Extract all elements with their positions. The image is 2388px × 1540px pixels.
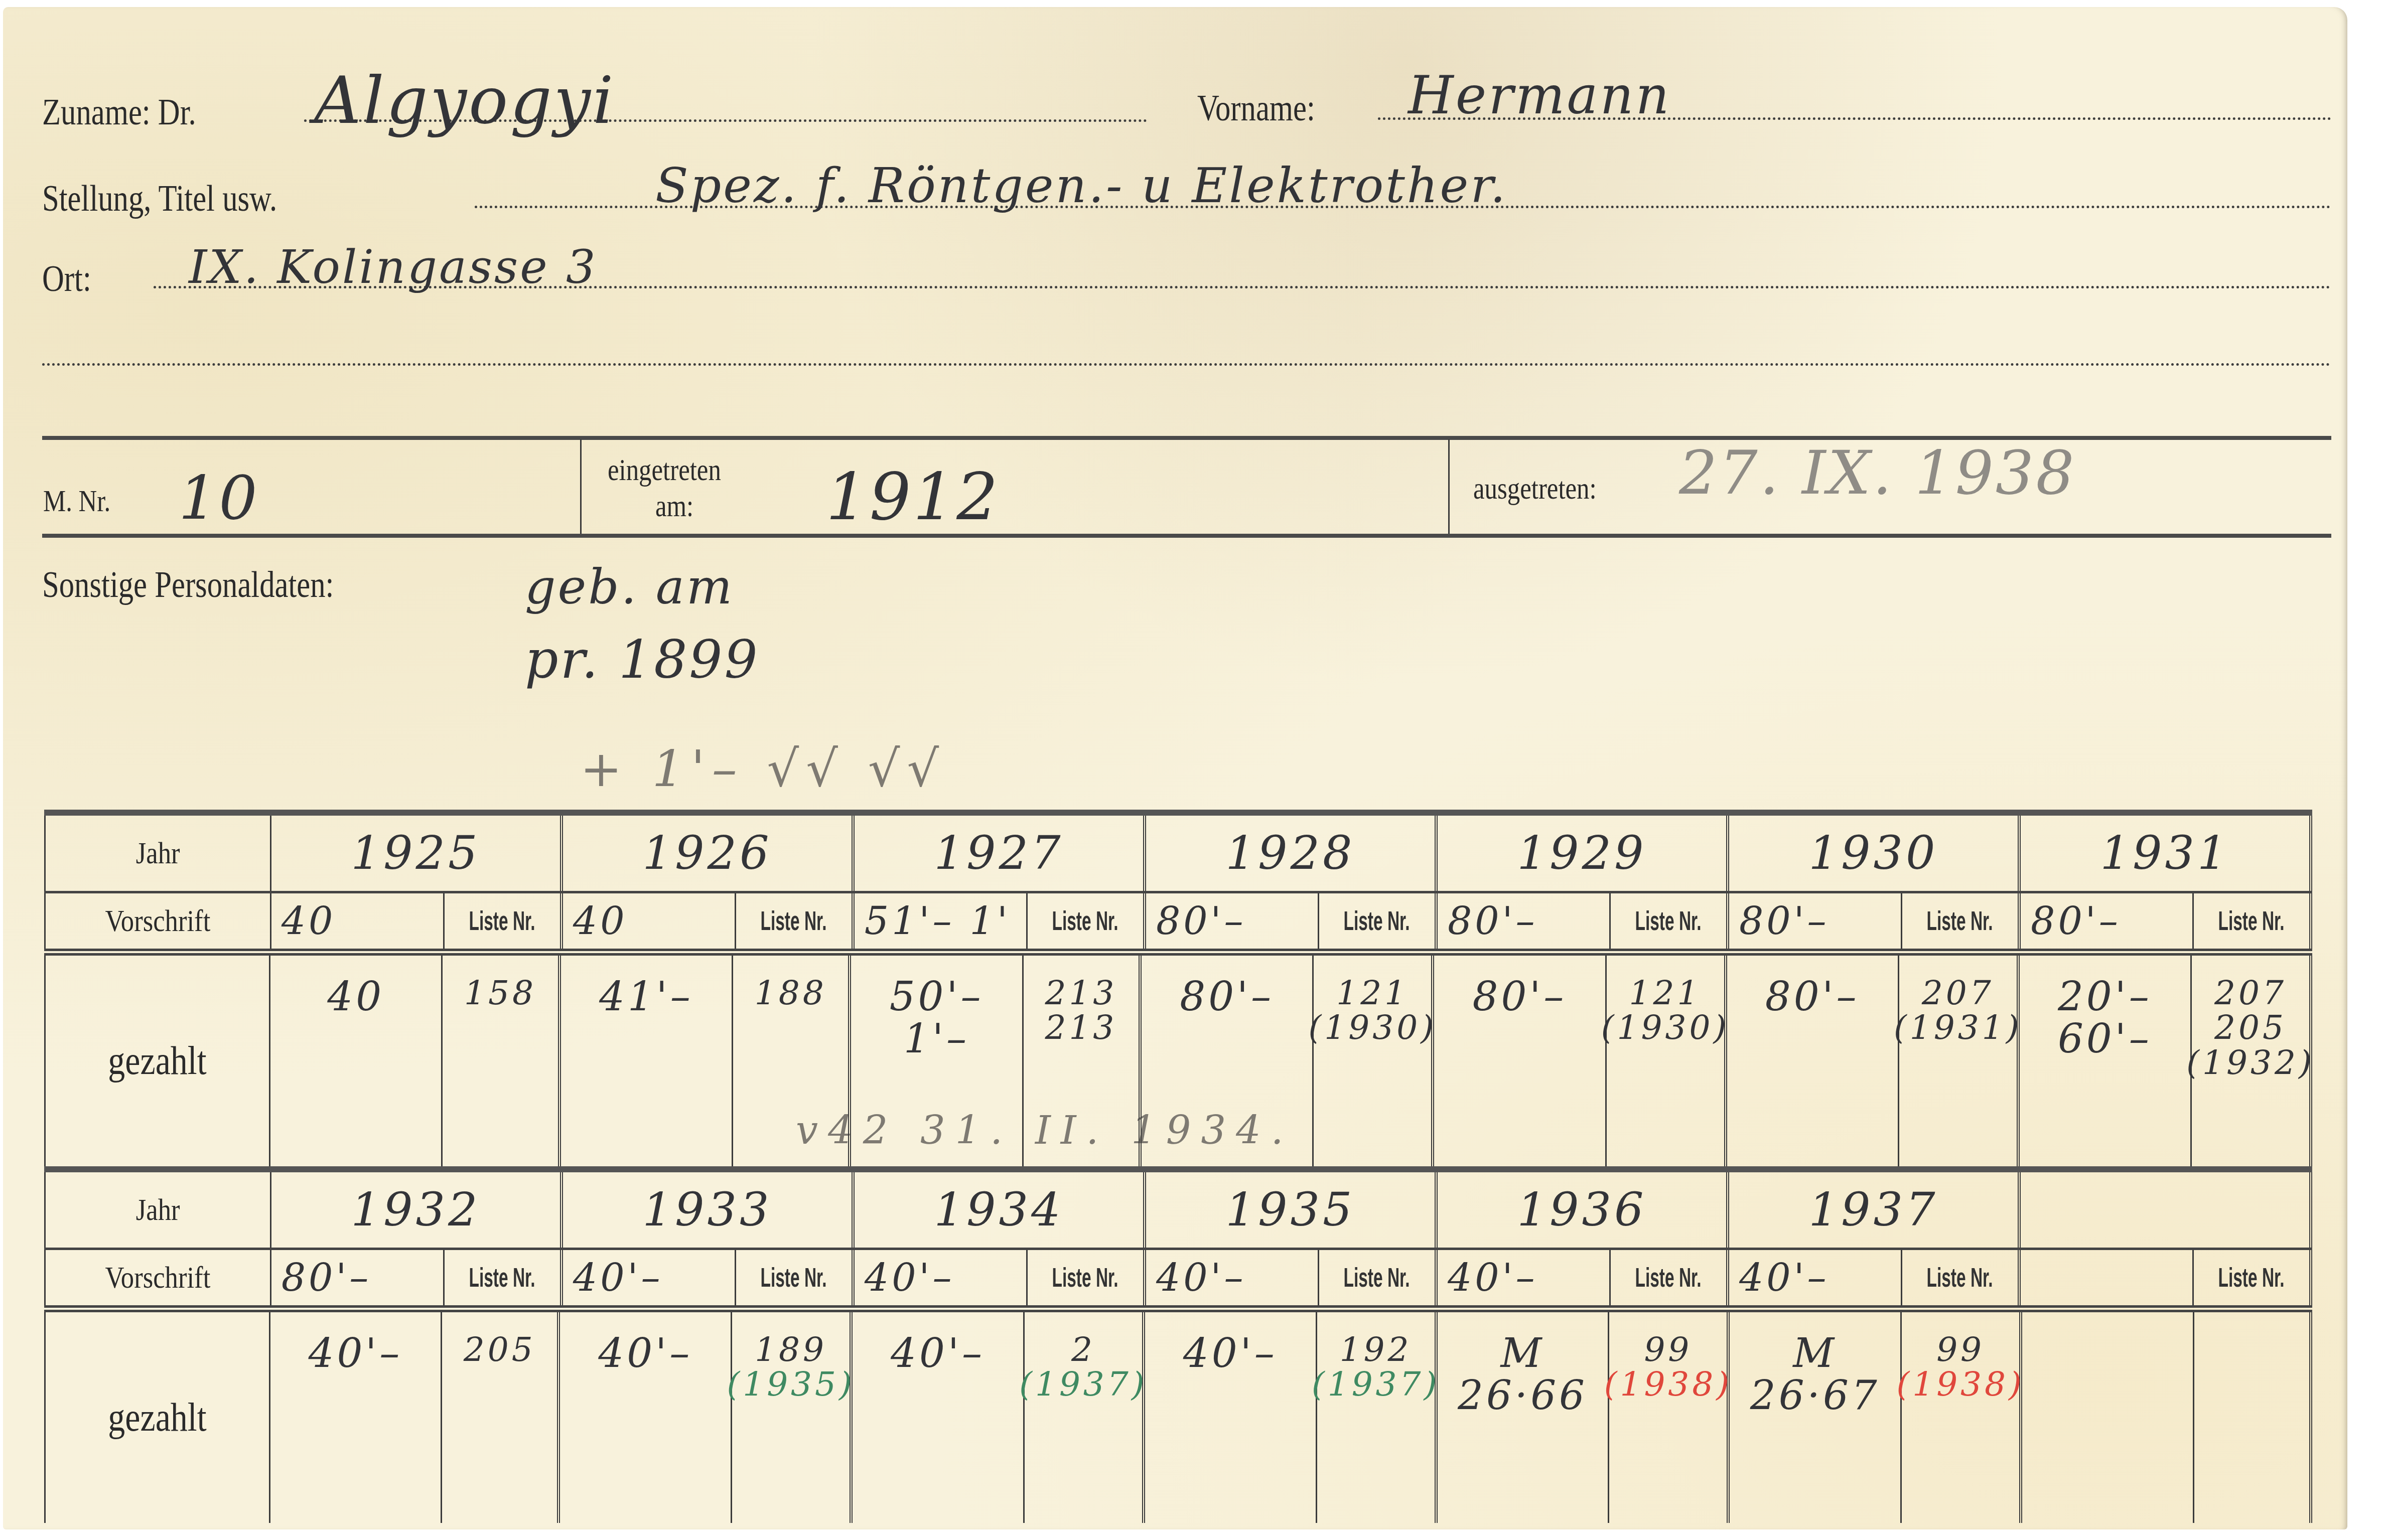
block1-year-cell[interactable]: 1929 [1438,816,1729,891]
ort-label: Ort: [42,258,91,300]
year-value: 1925 [351,829,480,878]
membership-divider-1 [580,439,582,534]
vorschrift-value: 80'– [1739,901,1830,941]
liste-nr-label: Liste Nr. [2218,1262,2285,1293]
vorschrift-value: 51'– 1' [865,901,1011,941]
liste-nr-label: Liste Nr. [1052,905,1118,937]
year-value: 1927 [934,829,1063,878]
eingetreten-value[interactable]: 1912 [826,458,1000,535]
block1-vorschrift-label-cell: Vorschrift [44,893,271,949]
liste-value: 192(1937) [1312,1332,1440,1402]
block1-year-cell[interactable]: 1930 [1729,816,2021,891]
paid-entry: 80'– [1765,976,1860,1018]
liste-nr-label: Liste Nr. [1927,905,1993,937]
liste-entry: 121 [1601,976,1729,1010]
liste-entry: 207 [2186,976,2314,1010]
liste-nr-label: Liste Nr. [1344,905,1410,937]
liste-entry: 205 [464,1332,536,1367]
liste-header-cell: Liste Nr. [1611,1250,1729,1305]
paid-entry: 80'– [1180,976,1274,1018]
vorschrift-amount-cell[interactable]: 40 [563,893,736,949]
paid-amount-cell[interactable]: 41'– [561,956,733,1166]
liste-value: 121(1930) [1309,976,1437,1045]
annotation-above-table: + 1'– √√ √√ [580,739,946,798]
block1-vorschrift-row: Vorschrift40Liste Nr.40Liste Nr.51'– 1'L… [44,893,2312,949]
paid-value: M 26·67 [1730,1332,1900,1417]
paid-amount-cell[interactable]: 40'– [270,1312,443,1523]
liste-header-cell: Liste Nr. [1902,1250,2021,1305]
payment-table: Jahr1925192619271928192919301931Vorschri… [44,810,2312,1523]
paid-value: 40 [327,976,384,1018]
paid-entry: 1'– [890,1018,984,1060]
paid-entry: M 26·66 [1438,1332,1608,1417]
liste-header-cell: Liste Nr. [736,893,855,949]
block2-year-cell[interactable] [2021,1172,2312,1248]
liste-value-cell[interactable]: 121(1930) [1314,956,1434,1166]
liste-value-cell[interactable]: 158 [443,956,560,1166]
liste-nr-label: Liste Nr. [1635,1262,1702,1293]
membership-divider-2 [1448,439,1450,534]
liste-entry: (1938) [1896,1367,2024,1402]
liste-value-cell[interactable]: 205 [442,1312,560,1523]
paid-amount-cell[interactable]: 50'–1'– [851,956,1023,1166]
vorschrift-value: 80'– [2031,901,2121,941]
liste-entry: 189 [727,1332,855,1367]
vorschrift-amount-cell[interactable]: 40'– [1438,1250,1611,1305]
liste-value: 99(1938) [1604,1332,1732,1402]
liste-entry: 192 [1312,1332,1440,1367]
liste-entry: 99 [1604,1332,1732,1367]
block2-vorschrift-label-cell: Vorschrift [44,1250,271,1305]
block1-jahr-row: Jahr1925192619271928192919301931 [44,816,2312,891]
liste-entry: 213 [1045,976,1117,1010]
gezahlt-label: gezahlt [108,1395,206,1441]
vorschrift-value: 40'– [1739,1258,1830,1298]
paid-amount-cell[interactable]: 40'– [560,1312,732,1523]
liste-nr-label: Liste Nr. [1927,1262,1993,1293]
payment-block-1932-1937: Jahr193219331934193519361937Vorschrift80… [44,1172,2312,1523]
paid-entry: 41'– [599,976,693,1018]
year-value: 1937 [1808,1186,1938,1235]
block2-jahr-label-cell: Jahr [44,1172,271,1248]
liste-nr-label: Liste Nr. [1052,1262,1118,1293]
block1-double-rule [44,949,2312,956]
year-value: 1926 [642,829,772,878]
year-value: 1936 [1517,1186,1646,1235]
liste-value: 158 [464,976,536,1010]
stellung-value[interactable]: Spez. f. Röntgen.- u Elektrother. [655,158,1507,214]
paid-amount-cell[interactable]: 80'– [1142,956,1314,1166]
liste-header-cell: Liste Nr. [1028,1250,1146,1305]
paid-entry: 20'– [2058,976,2152,1018]
jahr-label: Jahr [136,1192,180,1228]
paid-value: 80'– [1765,976,1860,1018]
vorschrift-amount-cell[interactable]: 80'– [1729,893,1902,949]
paid-value: 20'–60'– [2058,976,2152,1060]
liste-nr-label: Liste Nr. [1635,905,1702,937]
vorschrift-amount-cell[interactable]: 51'– 1' [855,893,1028,949]
paid-value: 41'– [599,976,693,1018]
personal-data-line-1[interactable]: geb. am [525,559,734,615]
stellung-label: Stellung, Titel usw. [42,178,277,220]
jahr-label: Jahr [136,836,180,871]
block2-jahr-row: Jahr193219331934193519361937 [44,1172,2312,1248]
liste-nr-label: Liste Nr. [2218,905,2285,937]
paid-amount-cell[interactable]: 40'– [853,1312,1025,1523]
paid-value: 50'–1'– [890,976,984,1060]
personal-data-line-2[interactable]: pr. 1899 [525,629,760,690]
vorschrift-amount-cell[interactable]: 40'– [563,1250,736,1305]
block2-vorschrift-row: Vorschrift80'–Liste Nr.40'–Liste Nr.40'–… [44,1250,2312,1305]
table-top-rule [44,810,2312,816]
block2-year-cell[interactable]: 1932 [271,1172,563,1248]
liste-entry: 188 [755,976,827,1010]
vorschrift-value: 40 [282,901,336,941]
liste-entry: (1938) [1604,1367,1732,1402]
block1-year-cell[interactable]: 1926 [563,816,855,891]
zuname-label: Zuname: Dr. [42,91,196,134]
liste-entry: (1937) [1019,1367,1147,1402]
paid-amount-cell[interactable]: 20'–60'– [2020,956,2192,1166]
paid-entry: 80'– [1473,976,1567,1018]
liste-header-cell: Liste Nr. [1319,893,1438,949]
payment-block-1925-1931: Jahr1925192619271928192919301931Vorschri… [44,816,2312,1166]
liste-nr-label: Liste Nr. [1344,1262,1410,1293]
liste-value: 188 [755,976,827,1010]
year-value: 1929 [1517,829,1646,878]
eingetreten-am-label: am: [655,489,693,524]
block2-year-cell[interactable]: 1933 [563,1172,855,1248]
liste-header-cell: Liste Nr. [445,1250,563,1305]
liste-entry: 213 [1045,1010,1117,1045]
block1-gezahlt-label-cell: gezahlt [44,956,270,1166]
paid-value: 40'– [891,1332,985,1374]
liste-entry: (1937) [1312,1367,1440,1402]
vorschrift-value: 80'– [282,1258,372,1298]
liste-value-cell[interactable]: 121(1930) [1607,956,1727,1166]
vorschrift-amount-cell[interactable]: 80'– [1146,893,1319,949]
liste-entry: (1930) [1601,1010,1729,1045]
liste-entry: 207 [1894,976,2022,1010]
liste-value-cell[interactable] [2194,1312,2312,1523]
liste-entry: 2 [1019,1332,1147,1367]
zuname-value[interactable]: Algyogyi [314,62,616,138]
paid-value: 80'– [1180,976,1274,1018]
table-middle-rule [44,1166,2312,1172]
vorschrift-value: 40'– [1448,1258,1538,1298]
paid-amount-cell[interactable]: M 26·66 [1438,1312,1610,1523]
liste-header-cell: Liste Nr. [1319,1250,1438,1305]
liste-header-cell: Liste Nr. [1028,893,1146,949]
block2-year-cell[interactable]: 1936 [1438,1172,1729,1248]
liste-value: 207205(1932) [2186,976,2314,1080]
vorschrift-value: 40'– [865,1258,955,1298]
block1-gezahlt-row: gezahlt4015841'–18850'–1'–21321380'–121(… [44,956,2312,1166]
paid-entry: 40'– [1183,1332,1278,1374]
vorschrift-label: Vorschrift [105,1260,210,1296]
vorschrift-amount-cell[interactable] [2021,1250,2194,1305]
paid-amount-cell[interactable]: 80'– [1727,956,1899,1166]
paid-amount-cell[interactable]: 40'– [1145,1312,1317,1523]
paid-value: 40'– [1183,1332,1278,1374]
vorschrift-value: 40'– [1156,1258,1246,1298]
block1-jahr-label-cell: Jahr [44,816,271,891]
mnr-label: M. Nr. [43,484,110,519]
liste-nr-label: Liste Nr. [469,905,535,937]
liste-value-cell[interactable]: 189(1935) [732,1312,853,1523]
vorschrift-amount-cell[interactable]: 80'– [1438,893,1611,949]
ausgetreten-value[interactable]: 27. IX. 1938 [1679,438,2076,508]
liste-nr-label: Liste Nr. [761,905,827,937]
paid-entry: 40'– [598,1332,692,1374]
liste-value: 205 [464,1332,536,1367]
vorname-label: Vorname: [1197,87,1315,130]
liste-value-cell[interactable]: 99(1938) [1902,1312,2022,1523]
year-value: 1930 [1808,829,1938,878]
paid-entry: 60'– [2058,1018,2152,1060]
block2-double-rule [44,1305,2312,1312]
ausgetreten-label: ausgetreten: [1473,471,1597,507]
block1-year-cell[interactable]: 1925 [271,816,563,891]
paid-entry: 40'– [891,1332,985,1374]
liste-value-cell[interactable]: 188 [733,956,851,1166]
liste-value-cell[interactable]: 192(1937) [1317,1312,1438,1523]
block2-year-cell[interactable]: 1937 [1729,1172,2021,1248]
year-value: 1935 [1225,1186,1355,1235]
vorschrift-amount-cell[interactable]: 80'– [271,1250,445,1305]
liste-header-cell: Liste Nr. [1902,893,2021,949]
vorschrift-amount-cell[interactable]: 40'– [1146,1250,1319,1305]
block2-year-cell[interactable]: 1934 [855,1172,1146,1248]
vorschrift-label: Vorschrift [105,903,210,939]
liste-nr-label: Liste Nr. [469,1262,535,1293]
vorschrift-value: 40'– [573,1258,663,1298]
paid-amount-cell[interactable]: 80'– [1434,956,1606,1166]
block2-year-cell[interactable]: 1935 [1146,1172,1438,1248]
block1-year-cell[interactable]: 1931 [2021,816,2312,891]
liste-header-cell: Liste Nr. [2194,1250,2312,1305]
liste-header-cell: Liste Nr. [736,1250,855,1305]
paid-value: M 26·66 [1438,1332,1608,1417]
vorschrift-value: 80'– [1448,901,1538,941]
vorschrift-value: 40 [573,901,628,941]
personal-data-label: Sonstige Personaldaten: [42,564,334,606]
liste-entry: 158 [464,976,536,1010]
liste-entry: (1932) [2186,1045,2314,1080]
block1-year-cell[interactable]: 1927 [855,816,1146,891]
vorschrift-amount-cell[interactable]: 40 [271,893,445,949]
paid-amount-cell[interactable]: 40 [270,956,443,1166]
paid-value: 40'– [598,1332,692,1374]
liste-header-cell: Liste Nr. [2194,893,2312,949]
liste-entry: (1930) [1309,1010,1437,1045]
paid-value: 40'– [308,1332,402,1374]
eingetreten-label: eingetreten [608,452,721,488]
liste-value-cell[interactable]: 99(1938) [1609,1312,1730,1523]
liste-value: 207(1931) [1894,976,2022,1045]
year-value: 1928 [1225,829,1355,878]
liste-nr-label: Liste Nr. [761,1262,827,1293]
ort-value[interactable]: IX. Kolingasse 3 [189,240,597,294]
liste-value-cell[interactable]: 213213 [1024,956,1142,1166]
paid-entry: 40 [327,976,384,1018]
paid-amount-cell[interactable] [2022,1312,2194,1523]
liste-value: 99(1938) [1896,1332,2024,1402]
paid-entry: M 26·67 [1730,1332,1900,1417]
vorschrift-amount-cell[interactable]: 40'– [855,1250,1028,1305]
liste-value: 2(1937) [1019,1332,1147,1402]
vorschrift-value: 80'– [1156,901,1246,941]
vorschrift-amount-cell[interactable]: 80'– [2021,893,2194,949]
liste-value-cell[interactable]: 207(1931) [1899,956,2020,1166]
liste-entry: 121 [1309,976,1437,1010]
membership-bottom-rule [42,534,2331,538]
member-record-card: Zuname: Dr. Algyogyi Vorname: Hermann St… [3,7,2347,1529]
vorschrift-amount-cell[interactable]: 40'– [1729,1250,1902,1305]
liste-header-cell: Liste Nr. [445,893,563,949]
liste-entry: 205 [2186,1010,2314,1045]
paid-entry: 40'– [308,1332,402,1374]
paid-entry: 50'– [890,976,984,1018]
liste-value: 189(1935) [727,1332,855,1402]
liste-value-cell[interactable]: 2(1937) [1025,1312,1145,1523]
year-value: 1934 [934,1186,1063,1235]
liste-value-cell[interactable]: 207205(1932) [2192,956,2312,1166]
liste-entry: 99 [1896,1332,2024,1367]
liste-value: 213213 [1045,976,1117,1045]
year-value: 1933 [642,1186,772,1235]
year-value: 1932 [351,1186,480,1235]
block2-gezahlt-label-cell: gezahlt [44,1312,270,1523]
block1-year-cell[interactable]: 1928 [1146,816,1438,891]
vorname-value[interactable]: Hermann [1408,65,1671,126]
liste-entry: (1935) [727,1367,855,1402]
mnr-value[interactable]: 10 [179,464,259,533]
liste-value: 121(1930) [1601,976,1729,1045]
block2-gezahlt-row: gezahlt40'–20540'–189(1935)40'–2(1937)40… [44,1312,2312,1523]
liste-header-cell: Liste Nr. [1611,893,1729,949]
paid-amount-cell[interactable]: M 26·67 [1730,1312,1902,1523]
paid-value: 80'– [1473,976,1567,1018]
extra-dotted-line [42,363,2331,366]
liste-entry: (1931) [1894,1010,2022,1045]
year-value: 1931 [2100,829,2229,878]
gezahlt-label: gezahlt [108,1038,206,1084]
